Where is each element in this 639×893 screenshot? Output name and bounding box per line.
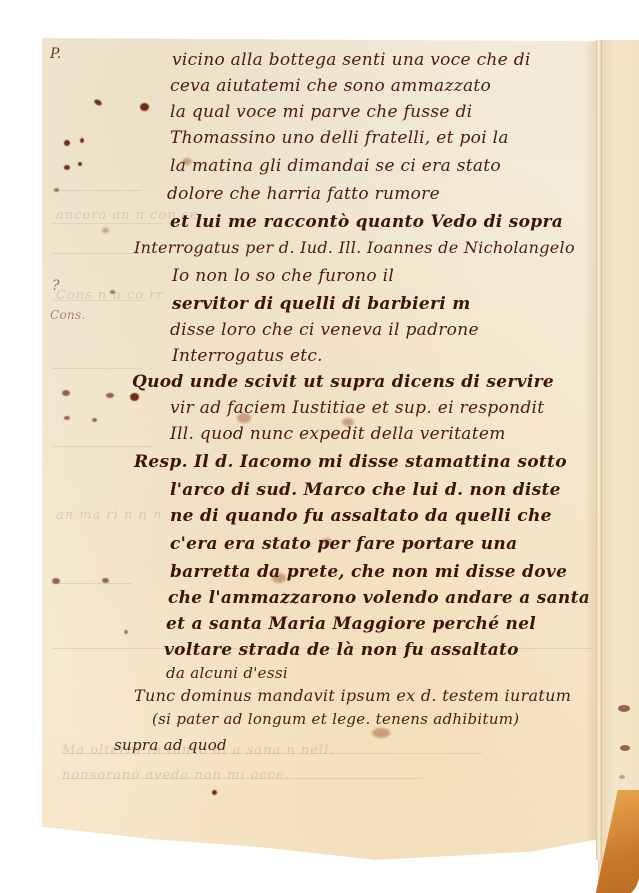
text-line: Interrogatus etc. <box>172 346 323 366</box>
text-line: Io non lo so che furono il <box>172 266 394 286</box>
text-line: vir ad faciem Iustitiae et sup. ei respo… <box>170 398 544 418</box>
text-line: et a santa Maria Maggiore perché nel <box>166 614 536 634</box>
text-line: servitor di quelli di barbieri m <box>172 294 471 314</box>
text-line: voltare strada de là non fu assaltato <box>164 640 519 660</box>
manuscript-scene: ancora an n con ce Cons n n co rr an ma … <box>0 0 639 893</box>
book-gutter <box>596 40 602 860</box>
text-line: Quod unde scivit ut supra dicens di serv… <box>132 372 554 392</box>
text-line: Tunc dominus mandavit ipsum ex d. testem… <box>134 686 571 705</box>
facing-page <box>598 40 639 880</box>
margin-note: P. <box>50 46 62 62</box>
text-line: l'arco di sud. Marco che lui d. non dist… <box>170 480 561 500</box>
text-line: ceva aiutatemi che sono ammazzato <box>170 76 491 96</box>
text-line: dolore che harria fatto rumore <box>167 184 440 204</box>
text-line: Thomassino uno delli fratelli, et poi la <box>170 128 509 148</box>
text-line: vicino alla bottega senti una voce che d… <box>172 50 531 70</box>
text-line: ne di quando fu assaltato da quelli che <box>170 506 552 526</box>
text-line: et lui me raccontò quanto Vedo di sopra <box>170 212 563 232</box>
manuscript-page: ancora an n con ce Cons n n co rr an ma … <box>42 38 598 864</box>
margin-note: Cons. <box>50 308 86 322</box>
text-line: c'era era stato per fare portare una <box>170 534 517 554</box>
text-line: (si pater ad longum et lege. tenens adhi… <box>152 710 519 728</box>
text-line: Ill. quod nunc expedit della veritatem <box>170 424 506 444</box>
text-line: la qual voce mi parve che fusse di <box>170 102 472 122</box>
text-line: disse loro che ci veneva il padrone <box>170 320 479 340</box>
text-line: supra ad quod <box>114 736 227 754</box>
text-line: Resp. Il d. Iacomo mi disse stamattina s… <box>134 452 567 472</box>
margin-note: ? <box>52 278 60 294</box>
text-line: barretta da prete, che non mi disse dove <box>170 562 567 582</box>
text-line: da alcuni d'essi <box>166 664 288 682</box>
text-line: che l'ammazzarono volendo andare a santa <box>168 588 590 608</box>
text-line: Interrogatus per d. Iud. Ill. Ioannes de… <box>134 238 575 257</box>
text-line: la matina gli dimandai se ci era stato <box>170 156 501 176</box>
